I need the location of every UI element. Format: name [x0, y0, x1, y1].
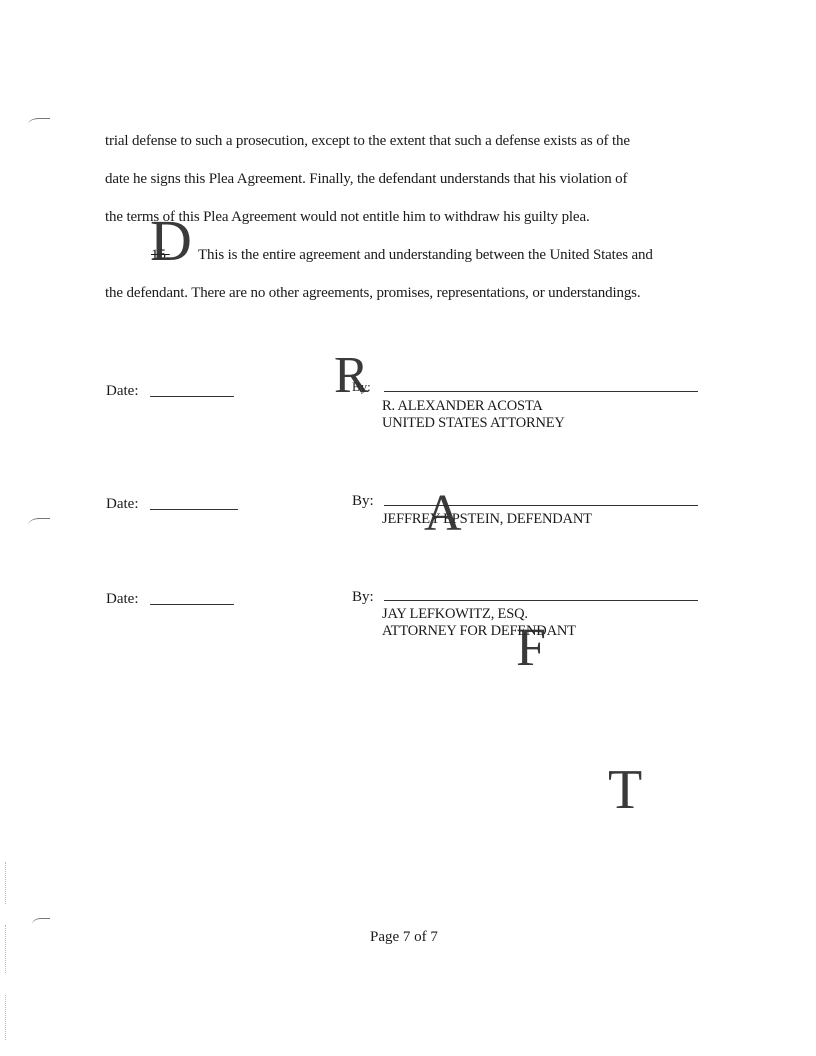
by-signature-line: [384, 600, 698, 601]
draft-stamp-letter-a: A: [424, 488, 462, 540]
draft-stamp-letter-d: D: [150, 212, 192, 270]
draft-stamp-letter-f: F: [516, 620, 546, 674]
scan-artifact: [5, 925, 6, 973]
scan-artifact: [5, 995, 6, 1040]
signer-title: ATTORNEY FOR DEFENDANT: [382, 623, 576, 640]
signer-name: JEFFREY EPSTEIN, DEFENDANT: [382, 511, 592, 528]
scan-artifact: [32, 918, 50, 931]
by-label: By:: [352, 492, 374, 510]
paragraph-15-line-1: This is the entire agreement and underst…: [198, 246, 698, 264]
signer-name: R. ALEXANDER ACOSTA: [382, 398, 543, 415]
signer-name: JAY LEFKOWITZ, ESQ.: [382, 606, 528, 623]
body-line-1: trial defense to such a prosecution, exc…: [105, 132, 697, 150]
scan-artifact: [28, 518, 50, 533]
date-signature-line: [150, 604, 234, 605]
date-label: Date:: [106, 382, 138, 400]
paragraph-15-line-2: the defendant. There are no other agreem…: [105, 284, 697, 302]
body-line-3: the terms of this Plea Agreement would n…: [105, 208, 697, 226]
draft-stamp-letter-r: R: [334, 350, 369, 402]
draft-stamp-letter-t: T: [608, 762, 642, 818]
by-label: By:: [352, 588, 374, 606]
signer-title: UNITED STATES ATTORNEY: [382, 415, 565, 432]
date-signature-line: [150, 396, 234, 397]
date-signature-line: [150, 509, 238, 510]
scan-artifact: [28, 118, 50, 131]
body-line-2: date he signs this Plea Agreement. Final…: [105, 170, 697, 188]
date-label: Date:: [106, 590, 138, 608]
scan-artifact: [5, 862, 6, 904]
date-label: Date:: [106, 495, 138, 513]
by-signature-line: [384, 391, 698, 392]
page-number: Page 7 of 7: [370, 929, 438, 946]
